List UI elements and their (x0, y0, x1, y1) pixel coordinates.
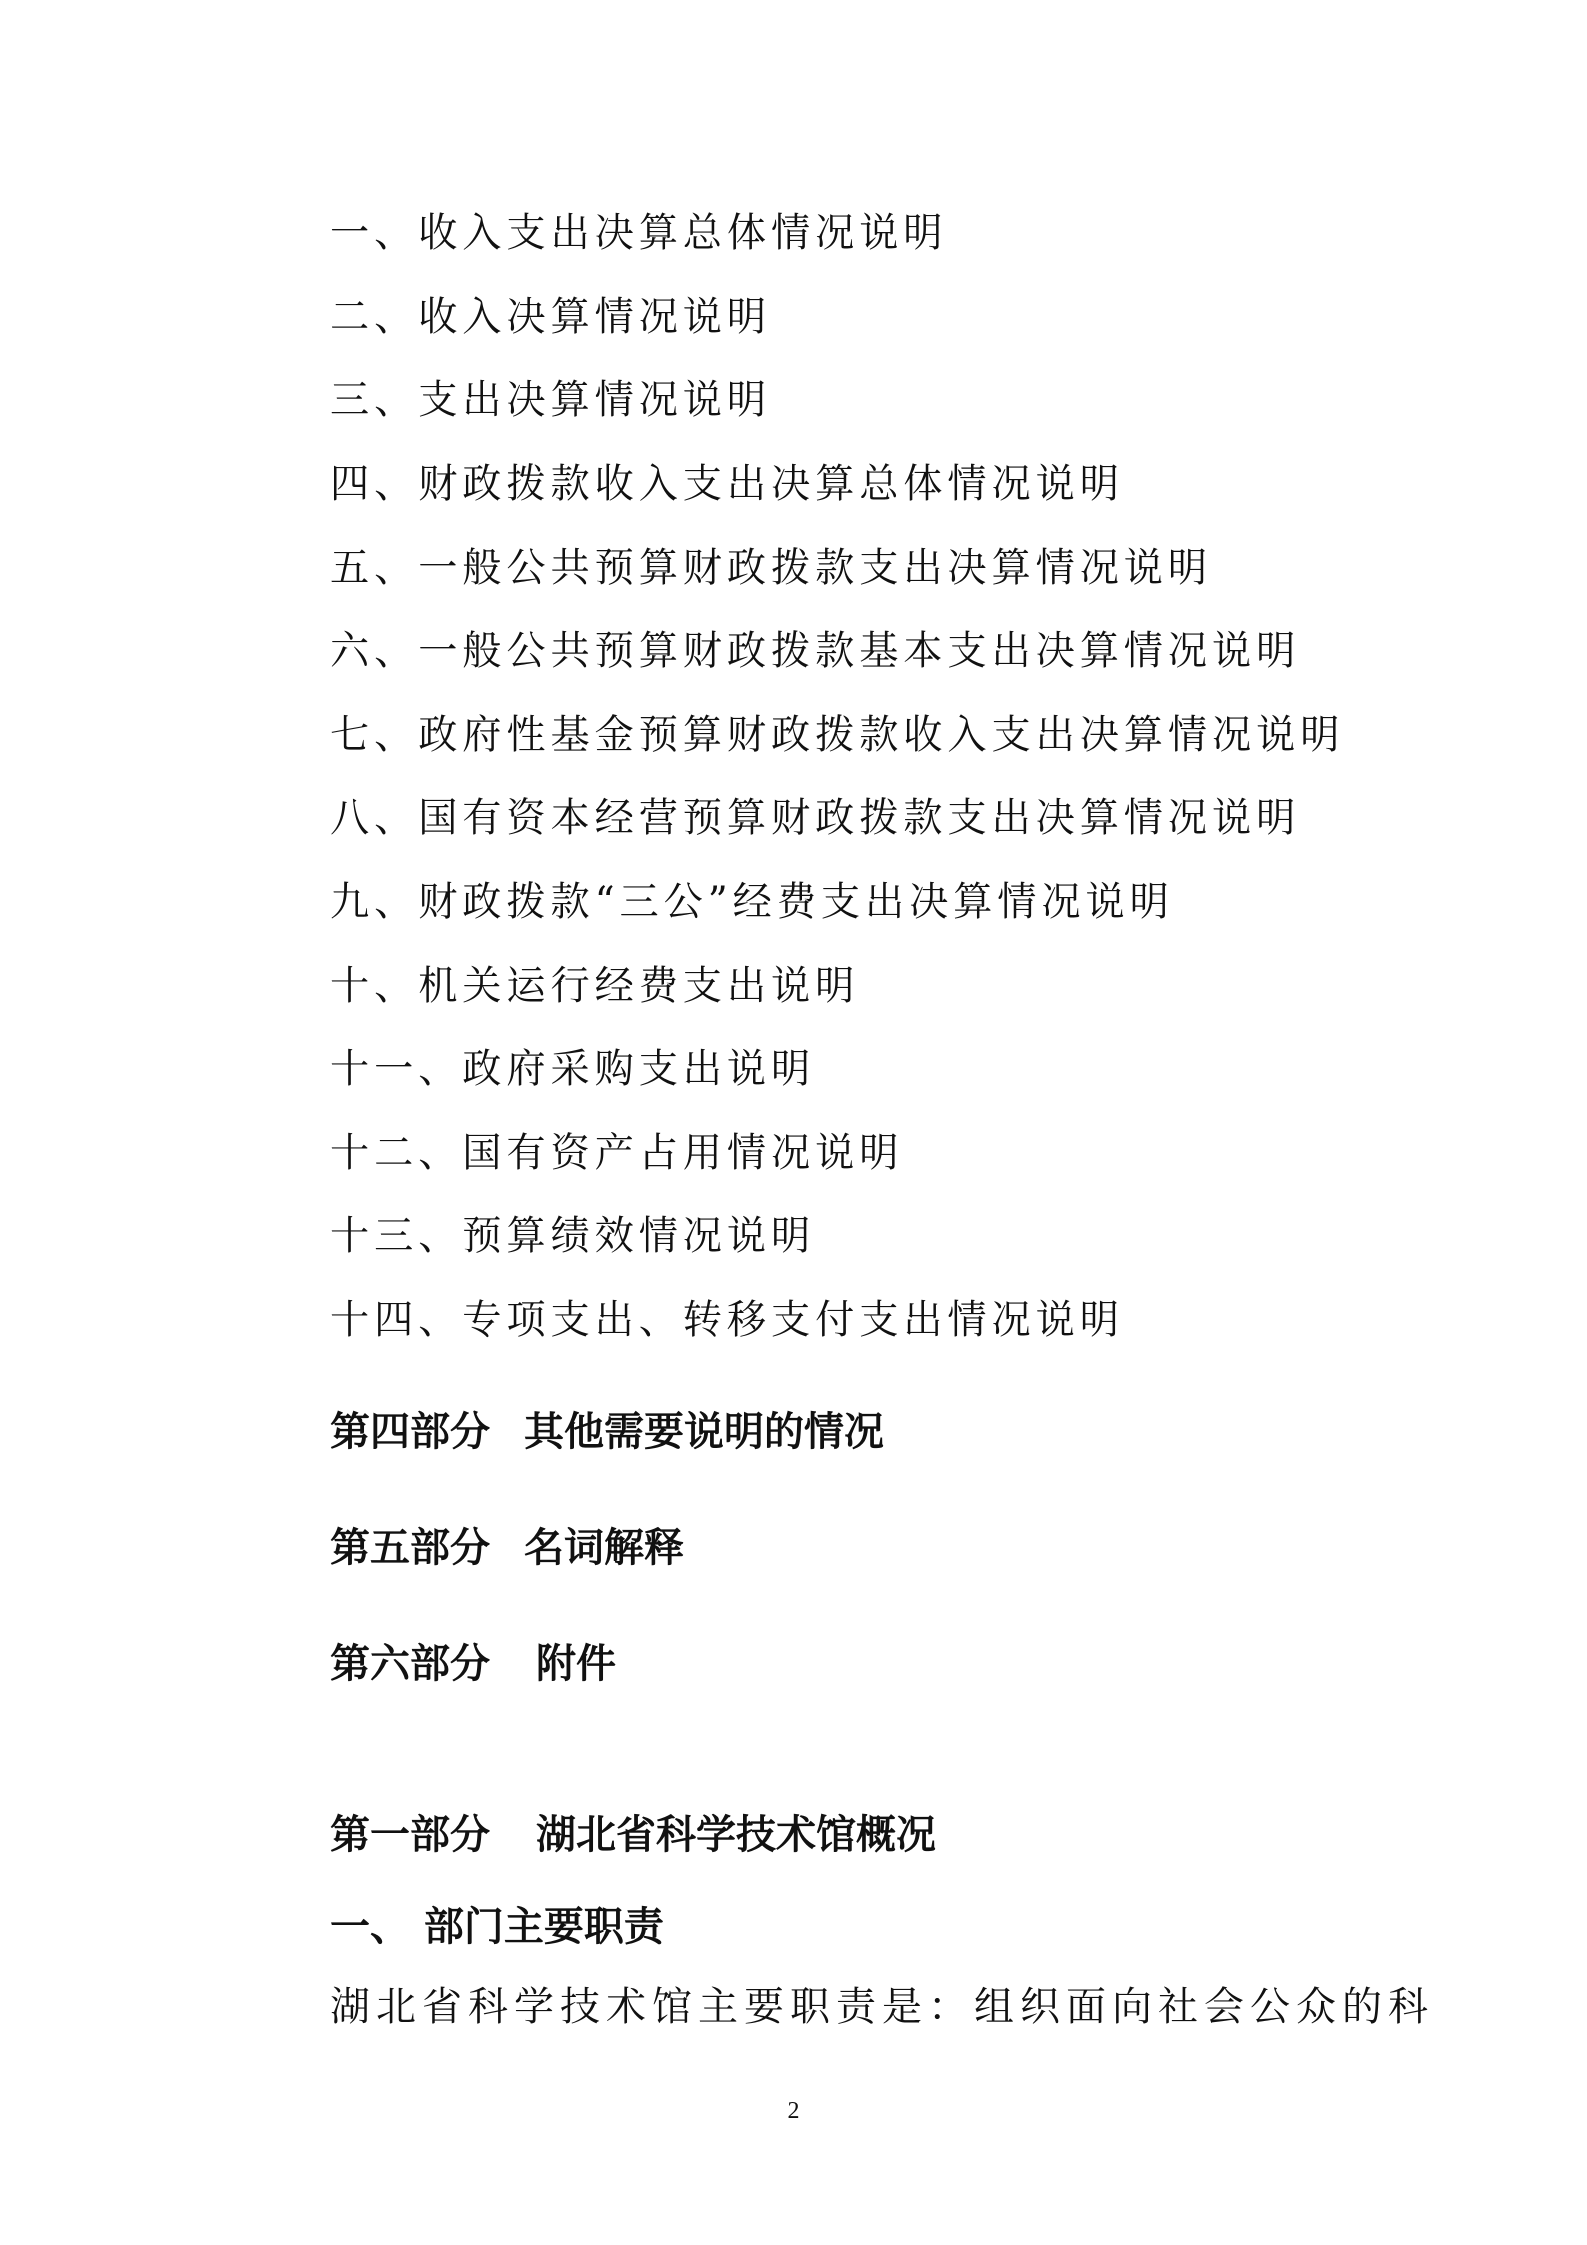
toc-part-5: 第五部分名词解释 (330, 1528, 684, 1568)
section-subheading: 一、 部门主要职责 (330, 1907, 664, 1947)
toc-item-8: 八、国有资本经营预算财政拨款支出决算情况说明 (330, 798, 1300, 838)
part-title: 湖北省科学技术馆概况 (536, 1812, 936, 1858)
section-heading: 第一部分湖北省科学技术馆概况 (330, 1815, 936, 1855)
part-number: 第五部分 (330, 1525, 490, 1571)
toc-item-5: 五、一般公共预算财政拨款支出决算情况说明 (330, 548, 1212, 588)
toc-part-4: 第四部分其他需要说明的情况 (330, 1412, 884, 1452)
body-paragraph: 湖北省科学技术馆主要职责是：组织面向社会公众的科 (330, 1987, 1434, 2027)
toc-item-11: 十一、政府采购支出说明 (330, 1049, 815, 1089)
toc-item-3: 三、支出决算情况说明 (330, 380, 771, 420)
toc-item-2: 二、收入决算情况说明 (330, 297, 771, 337)
toc-item-10: 十、机关运行经费支出说明 (330, 966, 859, 1006)
toc-item-1: 一、收入支出决算总体情况说明 (330, 213, 947, 253)
toc-item-6: 六、一般公共预算财政拨款基本支出决算情况说明 (330, 631, 1300, 671)
toc-item-14: 十四、专项支出、转移支付支出情况说明 (330, 1300, 1124, 1340)
part-title: 名词解释 (524, 1525, 684, 1571)
toc-part-6: 第六部分附件 (330, 1644, 616, 1684)
toc-item-4: 四、财政拨款收入支出决算总体情况说明 (330, 464, 1124, 504)
part-title: 其他需要说明的情况 (524, 1409, 884, 1455)
part-number: 第四部分 (330, 1409, 490, 1455)
toc-item-12: 十二、国有资产占用情况说明 (330, 1133, 903, 1173)
part-number: 第六部分 (330, 1641, 490, 1687)
part-number: 第一部分 (330, 1812, 490, 1858)
toc-item-7: 七、政府性基金预算财政拨款收入支出决算情况说明 (330, 715, 1344, 755)
toc-item-13: 十三、预算绩效情况说明 (330, 1216, 815, 1256)
page-number: 2 (0, 2098, 1587, 2125)
toc-item-9: 九、财政拨款“三公”经费支出决算情况说明 (330, 882, 1174, 922)
part-title: 附件 (536, 1641, 616, 1687)
